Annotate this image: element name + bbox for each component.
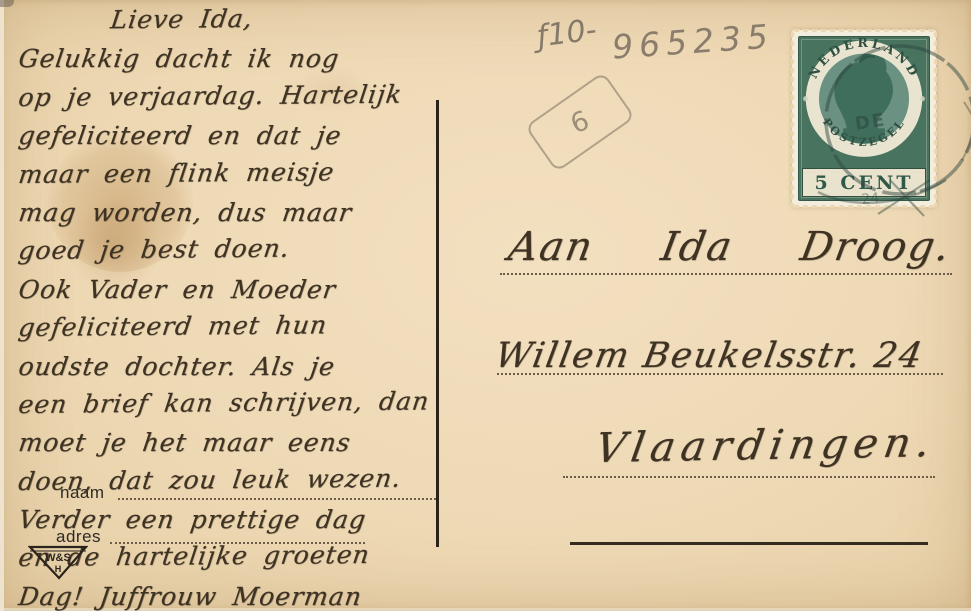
address-dotted-line [110,542,365,544]
message-line-signature: Dag! Juffrouw Moerman [16,578,445,611]
address-city: Vlaardingen. [592,418,940,472]
message-line: Ook Vader en Moeder [16,271,445,309]
address-solid-line [570,542,928,545]
stamp-vignette: NEDERLAND POSTZEGEL [797,36,931,168]
message-line: een brief kan schrijven, dan [16,382,446,424]
scan-corner-notch [0,0,14,7]
pencil-price-annotation: ƒ10- [535,13,598,55]
cachet-number: 6 [566,104,593,139]
pencil-inventory-number: 965235 [611,16,775,66]
message-line: goed je best doen. [16,229,446,271]
address-recipient: Aan Ida Droog. [505,224,955,270]
message-line: op je verjaardag. Hartelijk [16,75,446,117]
handwritten-message: Lieve Ida, Gelukkig dacht ik nog op je v… [16,2,440,611]
message-line: gefeliciteerd met hun [16,305,446,347]
scan-edge-left [0,0,4,611]
message-line: oudste dochter. Als je [16,348,445,386]
address-street: Willem Beukelsstr. 24 [492,336,927,376]
postage-stamp: NEDERLAND POSTZEGEL 5 CENT [792,30,936,207]
message-line: mag worden, dus maar [16,194,445,232]
message-line: maar een flink meisje [16,152,446,194]
stamp-perforation [792,200,936,208]
card-divider-line [436,100,439,547]
publisher-logo: W&S H [28,544,88,581]
stamp-denomination: 5 CENT [802,168,926,197]
address-dotted-line-3 [563,476,935,478]
name-dotted-line [118,498,436,500]
message-line: Lieve Ida, [16,0,446,40]
hexagon-cachet-stamp: 6 [525,72,636,173]
message-line: moet je het maar eens [16,424,445,462]
message-line: gefeliciteerd en dat je [16,117,445,155]
postcard-back: Lieve Ida, Gelukkig dacht ik nog op je v… [0,0,971,611]
message-line: Gelukkig dacht ik nog [16,40,445,78]
address-dotted-line-2 [497,373,943,375]
address-dotted-line-1 [500,273,952,275]
name-field-label: naam [60,483,105,503]
publisher-sub: H [55,564,62,574]
publisher-initials: W&S [45,552,71,564]
